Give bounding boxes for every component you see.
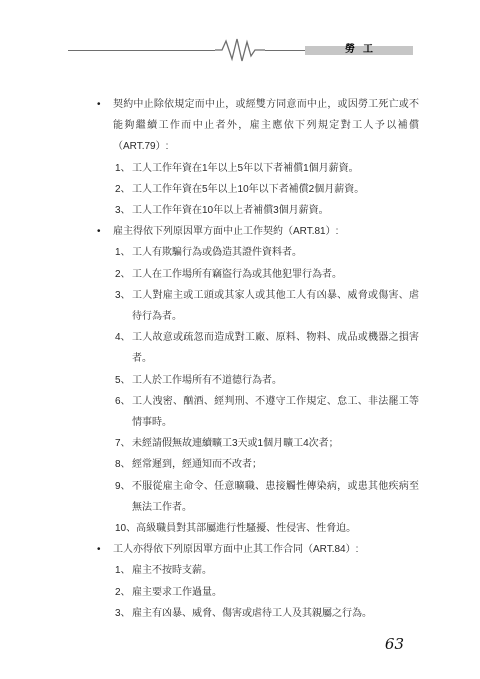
bullet-item: • 雇主得依下列原因單方面中止工作契約（ART.81）: bbox=[97, 221, 419, 242]
bullet-item: • 工人亦得依下列原因單方面中止其工作合同（ART.84）: bbox=[97, 539, 419, 560]
numbered-item: 2、 雇主要求工作過量。 bbox=[115, 582, 419, 603]
item-number: 3、 bbox=[115, 285, 132, 327]
zigzag-icon bbox=[215, 37, 265, 63]
numbered-item: 6、 工人洩密、酗酒、經判刑、不遵守工作規定、怠工、非法罷工等情事時。 bbox=[115, 391, 419, 433]
numbered-list: 1、 工人工作年資在1年以上5年以下者補償1個月薪資。 2、 工人工作年資在5年… bbox=[115, 158, 419, 222]
numbered-list: 1、 雇主不按時支薪。 2、 雇主要求工作過量。 3、 雇主有凶暴、威脅、傷害或… bbox=[115, 560, 419, 624]
numbered-item: 4、 工人故意或疏忽而造成對工廠、原料、物料、成品或機器之損害者。 bbox=[115, 327, 419, 369]
item-text: 工人洩密、酗酒、經判刑、不遵守工作規定、怠工、非法罷工等情事時。 bbox=[132, 391, 419, 433]
item-text: 工人有欺騙行為或偽造其證件資料者。 bbox=[132, 242, 419, 263]
numbered-item: 2、 工人在工作場所有竊盜行為或其他犯罪行為者。 bbox=[115, 264, 419, 285]
numbered-item: 3、 工人對雇主或工頭或其家人或其他工人有凶暴、威脅或傷害、虐待行為者。 bbox=[115, 285, 419, 327]
bullet-icon: • bbox=[97, 94, 113, 158]
item-text: 工人對雇主或工頭或其家人或其他工人有凶暴、威脅或傷害、虐待行為者。 bbox=[132, 285, 419, 327]
item-text: 工人故意或疏忽而造成對工廠、原料、物料、成品或機器之損害者。 bbox=[132, 327, 419, 369]
item-text: 未經請假無故連續曠工3天或1個月曠工4次者； bbox=[132, 433, 419, 454]
item-number: 3、 bbox=[115, 603, 132, 624]
header-rule-right bbox=[265, 50, 305, 51]
item-number: 1、 bbox=[115, 242, 132, 263]
document-page: 勞工 • 契約中止除依規定而中止，或經雙方同意而中止，或因勞工死亡或不能夠繼續工… bbox=[0, 0, 480, 679]
bullet-text: 雇主得依下列原因單方面中止工作契約（ART.81）: bbox=[113, 221, 419, 242]
item-text: 工人工作年資在10年以上者補償3個月薪資。 bbox=[132, 200, 419, 221]
item-number: 6、 bbox=[115, 391, 132, 433]
numbered-item: 8、 經常遲到，經通知而不改者； bbox=[115, 454, 419, 475]
item-text: 工人工作年資在5年以上10年以下者補償2個月薪資。 bbox=[132, 179, 419, 200]
section-title-bar: 勞工 bbox=[305, 46, 413, 55]
item-number: 3、 bbox=[115, 200, 132, 221]
item-number: 2、 bbox=[115, 179, 132, 200]
bullet-icon: • bbox=[97, 539, 113, 560]
item-text: 不服從雇主命令、任意曠職、患接觸性傳染病，或患其他疾病至無法工作者。 bbox=[132, 476, 419, 518]
bullet-icon: • bbox=[97, 221, 113, 242]
numbered-item: 2、 工人工作年資在5年以上10年以下者補償2個月薪資。 bbox=[115, 179, 419, 200]
item-number: 5、 bbox=[115, 370, 132, 391]
item-number: 9、 bbox=[115, 476, 132, 518]
item-number: 10、 bbox=[115, 518, 136, 539]
item-text: 經常遲到，經通知而不改者； bbox=[132, 454, 419, 475]
item-number: 2、 bbox=[115, 582, 132, 603]
numbered-item: 7、 未經請假無故連續曠工3天或1個月曠工4次者； bbox=[115, 433, 419, 454]
item-text: 工人於工作場所有不道德行為者。 bbox=[132, 370, 419, 391]
document-body: • 契約中止除依規定而中止，或經雙方同意而中止，或因勞工死亡或不能夠繼續工作而中… bbox=[97, 94, 419, 624]
item-number: 7、 bbox=[115, 433, 132, 454]
numbered-item: 1、 工人工作年資在1年以上5年以下者補償1個月薪資。 bbox=[115, 158, 419, 179]
item-text: 雇主不按時支薪。 bbox=[132, 560, 419, 581]
item-text: 高級職員對其部屬進行性騷擾、性侵害、性脅迫。 bbox=[136, 518, 419, 539]
item-number: 8、 bbox=[115, 454, 132, 475]
numbered-item: 5、 工人於工作場所有不道德行為者。 bbox=[115, 370, 419, 391]
header-rule-left bbox=[68, 50, 215, 51]
numbered-list: 1、 工人有欺騙行為或偽造其證件資料者。 2、 工人在工作場所有竊盜行為或其他犯… bbox=[115, 242, 419, 539]
numbered-item: 3、 雇主有凶暴、威脅、傷害或虐待工人及其親屬之行為。 bbox=[115, 603, 419, 624]
item-number: 2、 bbox=[115, 264, 132, 285]
item-text: 工人工作年資在1年以上5年以下者補償1個月薪資。 bbox=[132, 158, 419, 179]
numbered-item: 1、 工人有欺騙行為或偽造其證件資料者。 bbox=[115, 242, 419, 263]
item-number: 4、 bbox=[115, 327, 132, 369]
numbered-item: 3、 工人工作年資在10年以上者補償3個月薪資。 bbox=[115, 200, 419, 221]
item-text: 雇主要求工作過量。 bbox=[132, 582, 419, 603]
page-number: 63 bbox=[385, 635, 404, 653]
numbered-item: 9、 不服從雇主命令、任意曠職、患接觸性傳染病，或患其他疾病至無法工作者。 bbox=[115, 476, 419, 518]
item-number: 1、 bbox=[115, 158, 132, 179]
section-title: 勞工 bbox=[337, 45, 381, 55]
item-number: 1、 bbox=[115, 560, 132, 581]
bullet-text: 工人亦得依下列原因單方面中止其工作合同（ART.84）: bbox=[113, 539, 419, 560]
bullet-item: • 契約中止除依規定而中止，或經雙方同意而中止，或因勞工死亡或不能夠繼續工作而中… bbox=[97, 94, 419, 158]
item-text: 雇主有凶暴、威脅、傷害或虐待工人及其親屬之行為。 bbox=[132, 603, 419, 624]
item-text: 工人在工作場所有竊盜行為或其他犯罪行為者。 bbox=[132, 264, 419, 285]
numbered-item: 10、 高級職員對其部屬進行性騷擾、性侵害、性脅迫。 bbox=[115, 518, 419, 539]
numbered-item: 1、 雇主不按時支薪。 bbox=[115, 560, 419, 581]
page-header: 勞工 bbox=[68, 43, 413, 57]
bullet-text: 契約中止除依規定而中止，或經雙方同意而中止，或因勞工死亡或不能夠繼續工作而中止者… bbox=[113, 94, 419, 158]
